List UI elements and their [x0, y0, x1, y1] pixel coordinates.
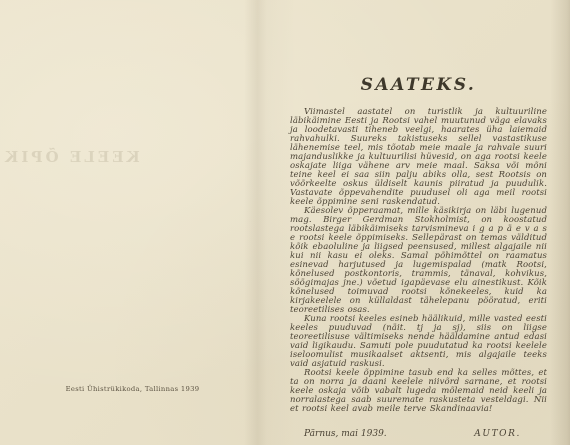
left-page: KEELE ÕPIK Eesti Ühistrükikoda, Tallinna… — [0, 0, 262, 445]
right-page: SAATEKS. Viimastel aastatel on turistlik… — [265, 0, 570, 445]
printer-imprint: Eesti Ühistrükikoda, Tallinnas 1939 — [0, 385, 265, 393]
page-title: SAATEKS. — [290, 75, 547, 95]
signature-row: Pärnus, mai 1939. AUTOR. — [290, 429, 547, 439]
author-signature: AUTOR. — [474, 429, 521, 439]
book-spread: KEELE ÕPIK Eesti Ühistrükikoda, Tallinna… — [0, 0, 570, 445]
preface-paragraph: Viimastel aastatel on turistlik ja kultu… — [290, 108, 547, 207]
preface-paragraph: Kuna rootsi keeles esineb häälikuid, mil… — [290, 315, 547, 369]
page-edge-shadow — [550, 0, 570, 445]
preface-paragraph: Käesolev õpperaamat, mille käsikirja on … — [290, 207, 547, 315]
preface-paragraph: Rootsi keele õppimine tasub end ka selle… — [290, 369, 547, 414]
showthrough-text: KEELE ÕPIK — [0, 148, 156, 166]
preface-paragraphs: Viimastel aastatel on turistlik ja kultu… — [290, 108, 547, 414]
dateline: Pärnus, mai 1939. — [304, 429, 387, 439]
